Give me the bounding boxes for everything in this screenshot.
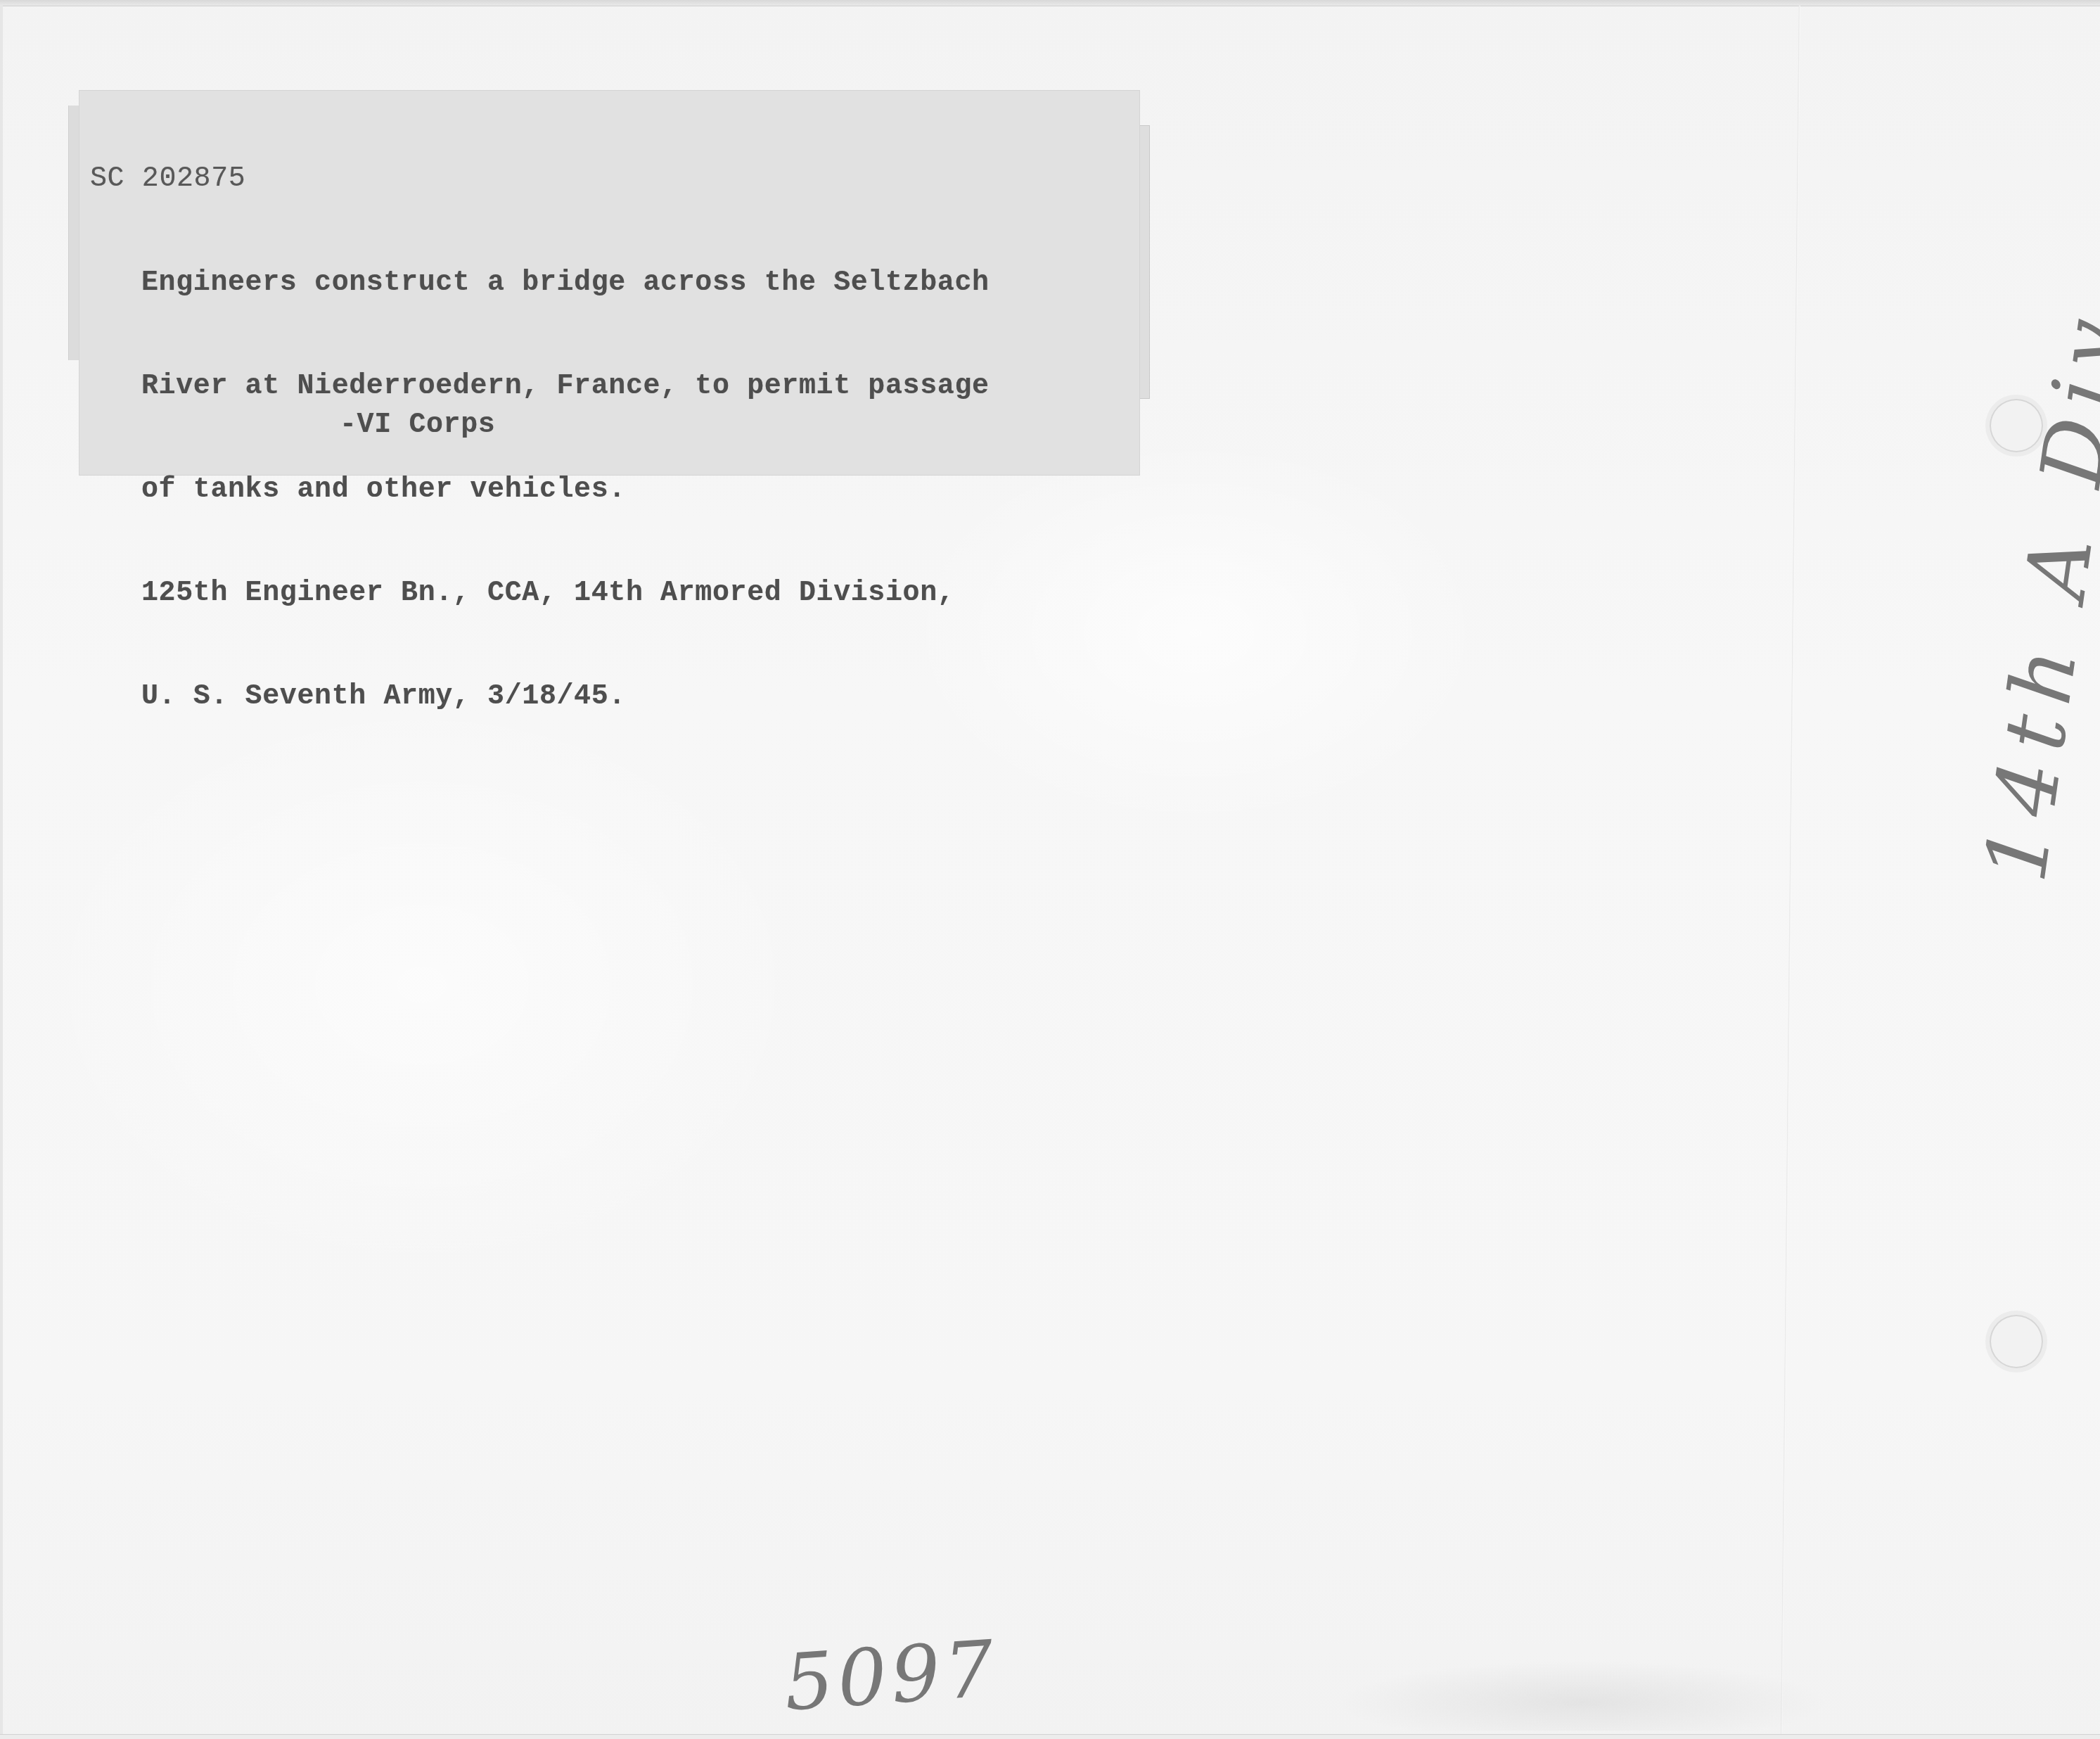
punch-hole-icon [1990, 1315, 2043, 1368]
caption-line: of tanks and other vehicles. [141, 473, 990, 507]
paper-bottom-edge [0, 1734, 2100, 1739]
paper-top-edge [0, 0, 2100, 6]
paper-left-edge [0, 6, 3, 1734]
paper-stain [1336, 1660, 1829, 1731]
caption-line: Engineers construct a bridge across the … [141, 266, 990, 300]
caption-line: River at Niederroedern, France, to permi… [141, 369, 990, 404]
caption-body: Engineers construct a bridge across the … [141, 197, 990, 749]
caption-credit: -VI Corps [340, 408, 495, 442]
caption-line: 125th Engineer Bn., CCA, 14th Armored Di… [141, 576, 990, 611]
caption-id: SC 202875 [90, 162, 245, 196]
handwritten-number: 5097 [781, 1624, 1001, 1728]
caption-line: U. S. Seventh Army, 3/18/45. [141, 680, 990, 714]
